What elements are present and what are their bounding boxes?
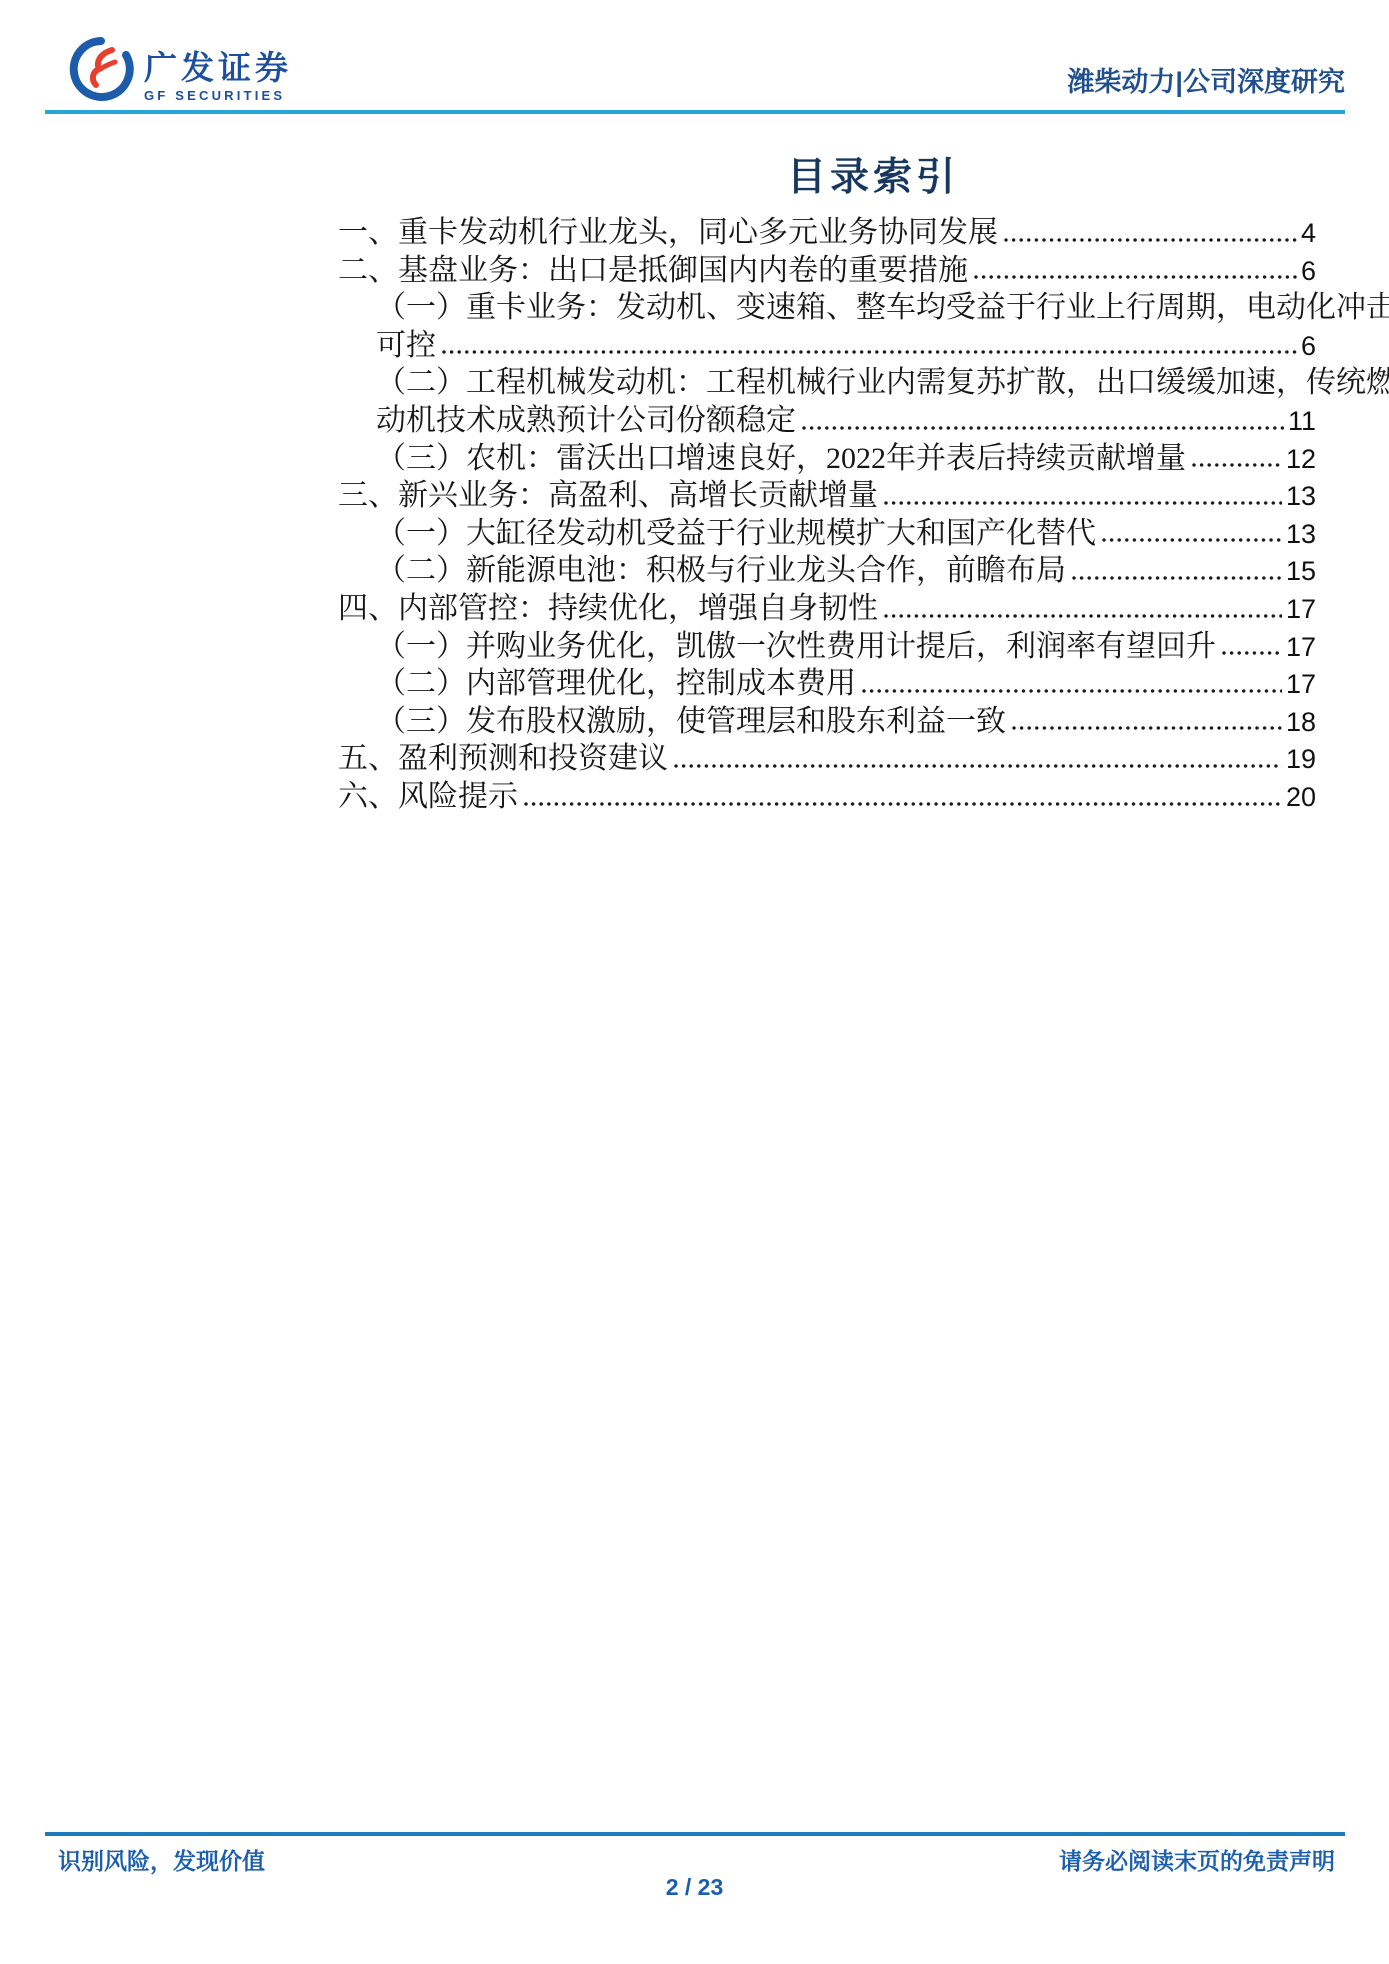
page-indicator: 2 / 23 (0, 1874, 1389, 1901)
toc-page-number: 17 (1286, 666, 1316, 704)
toc-entry-text: （二）工程机械发动机：工程机械行业内需复苏扩散，出口缓缓加速，传统燃料发 (376, 364, 1389, 402)
dot-leader (1011, 725, 1282, 731)
toc-page-number: 17 (1286, 591, 1316, 629)
toc-page-number: 6 (1301, 328, 1316, 366)
toc-entry-text: （一）大缸径发动机受益于行业规模扩大和国产化替代 (376, 515, 1096, 553)
toc-entry[interactable]: （三）农机：雷沃出口增速良好，2022年并表后持续贡献增量 12 (338, 440, 1316, 478)
toc-entry-text: 三、新兴业务：高盈利、高增长贡献增量 (338, 477, 878, 515)
dot-leader (883, 613, 1282, 619)
toc-entry[interactable]: 可控 6 (338, 327, 1316, 365)
toc-entry-text: （一）重卡业务：发动机、变速箱、整车均受益于行业上行周期，电动化冲击风险 (376, 289, 1389, 327)
toc-page-number: 4 (1301, 215, 1316, 253)
gf-logo-icon (68, 36, 134, 102)
toc-entry[interactable]: （一）重卡业务：发动机、变速箱、整车均受益于行业上行周期，电动化冲击风险 (338, 289, 1316, 327)
dot-leader (441, 349, 1297, 355)
toc-entry[interactable]: 三、新兴业务：高盈利、高增长贡献增量 13 (338, 477, 1316, 515)
toc-page-number: 18 (1286, 704, 1316, 742)
toc-page-number: 20 (1286, 779, 1316, 817)
dot-leader (1071, 575, 1282, 581)
dot-leader (883, 500, 1282, 506)
toc-entry-text: （一）并购业务优化，凯傲一次性费用计提后，利润率有望回升 (376, 628, 1216, 666)
toc-entry[interactable]: 二、基盘业务：出口是抵御国内内卷的重要措施 6 (338, 252, 1316, 290)
toc-page-number: 13 (1286, 516, 1316, 554)
logo-text-block: 广发证券 GF SECURITIES (144, 36, 292, 104)
gf-securities-logo: 广发证券 GF SECURITIES (68, 36, 292, 104)
dot-leader (1003, 237, 1297, 243)
toc-entry[interactable]: 四、内部管控：持续优化，增强自身韧性 17 (338, 590, 1316, 628)
toc-entry[interactable]: （二）内部管理优化，控制成本费用 17 (338, 665, 1316, 703)
toc-entry-text: 六、风险提示 (338, 778, 518, 816)
toc-entry-text: 四、内部管控：持续优化，增强自身韧性 (338, 590, 878, 628)
toc-entry-text: （二）内部管理优化，控制成本费用 (376, 665, 856, 703)
toc-entry[interactable]: （三）发布股权激励，使管理层和股东利益一致 18 (338, 703, 1316, 741)
report-page: 广发证券 GF SECURITIES 潍柴动力|公司深度研究 目录索引 一、重卡… (0, 0, 1389, 1964)
toc-entry-text: 动机技术成熟预计公司份额稳定 (376, 402, 796, 440)
footer-disclaimer-note: 请务必阅读末页的免责声明 (1059, 1843, 1335, 1876)
dot-leader (801, 425, 1284, 431)
toc-page-number: 15 (1286, 553, 1316, 591)
toc-title: 目录索引 (787, 146, 959, 202)
dot-leader (973, 274, 1297, 280)
toc-entry[interactable]: 动机技术成熟预计公司份额稳定 11 (338, 402, 1316, 440)
toc-page-number: 19 (1286, 741, 1316, 779)
toc-entry-text: （二）新能源电池：积极与行业龙头合作，前瞻布局 (376, 552, 1066, 590)
dot-leader (673, 763, 1282, 769)
toc-entry[interactable]: 六、风险提示 20 (338, 778, 1316, 816)
toc-entry[interactable]: 一、重卡发动机行业龙头，同心多元业务协同发展 4 (338, 214, 1316, 252)
dot-leader (1221, 650, 1282, 656)
report-category-label: 潍柴动力|公司深度研究 (1067, 60, 1345, 99)
dot-leader (1191, 462, 1282, 468)
brand-name-cn: 广发证券 (144, 48, 292, 88)
toc-entry[interactable]: （一）并购业务优化，凯傲一次性费用计提后，利润率有望回升 17 (338, 628, 1316, 666)
toc-entry[interactable]: （二）工程机械发动机：工程机械行业内需复苏扩散，出口缓缓加速，传统燃料发 (338, 364, 1316, 402)
toc-page-number: 17 (1286, 629, 1316, 667)
toc-entry[interactable]: （二）新能源电池：积极与行业龙头合作，前瞻布局 15 (338, 552, 1316, 590)
toc-entry-text: 可控 (376, 327, 436, 365)
toc-entry[interactable]: （一）大缸径发动机受益于行业规模扩大和国产化替代 13 (338, 515, 1316, 553)
toc-page-number: 13 (1286, 478, 1316, 516)
toc-entry-text: （三）农机：雷沃出口增速良好，2022年并表后持续贡献增量 (376, 440, 1186, 478)
footer-slogan: 识别风险，发现价值 (58, 1843, 265, 1876)
toc-page-number: 11 (1288, 403, 1316, 441)
dot-leader (523, 801, 1282, 807)
dot-leader (1101, 537, 1282, 543)
toc-entry[interactable]: 五、盈利预测和投资建议 19 (338, 740, 1316, 778)
header-divider (45, 110, 1345, 114)
toc-entry-text: （三）发布股权激励，使管理层和股东利益一致 (376, 703, 1006, 741)
dot-leader (861, 688, 1282, 694)
footer-divider (45, 1832, 1345, 1836)
brand-name-en: GF SECURITIES (144, 88, 292, 104)
toc-page-number: 12 (1286, 441, 1316, 479)
table-of-contents: 一、重卡发动机行业龙头，同心多元业务协同发展 4 二、基盘业务：出口是抵御国内内… (338, 214, 1316, 816)
toc-entry-text: 一、重卡发动机行业龙头，同心多元业务协同发展 (338, 214, 998, 252)
toc-entry-text: 二、基盘业务：出口是抵御国内内卷的重要措施 (338, 252, 968, 290)
toc-page-number: 6 (1301, 253, 1316, 291)
toc-entry-text: 五、盈利预测和投资建议 (338, 740, 668, 778)
